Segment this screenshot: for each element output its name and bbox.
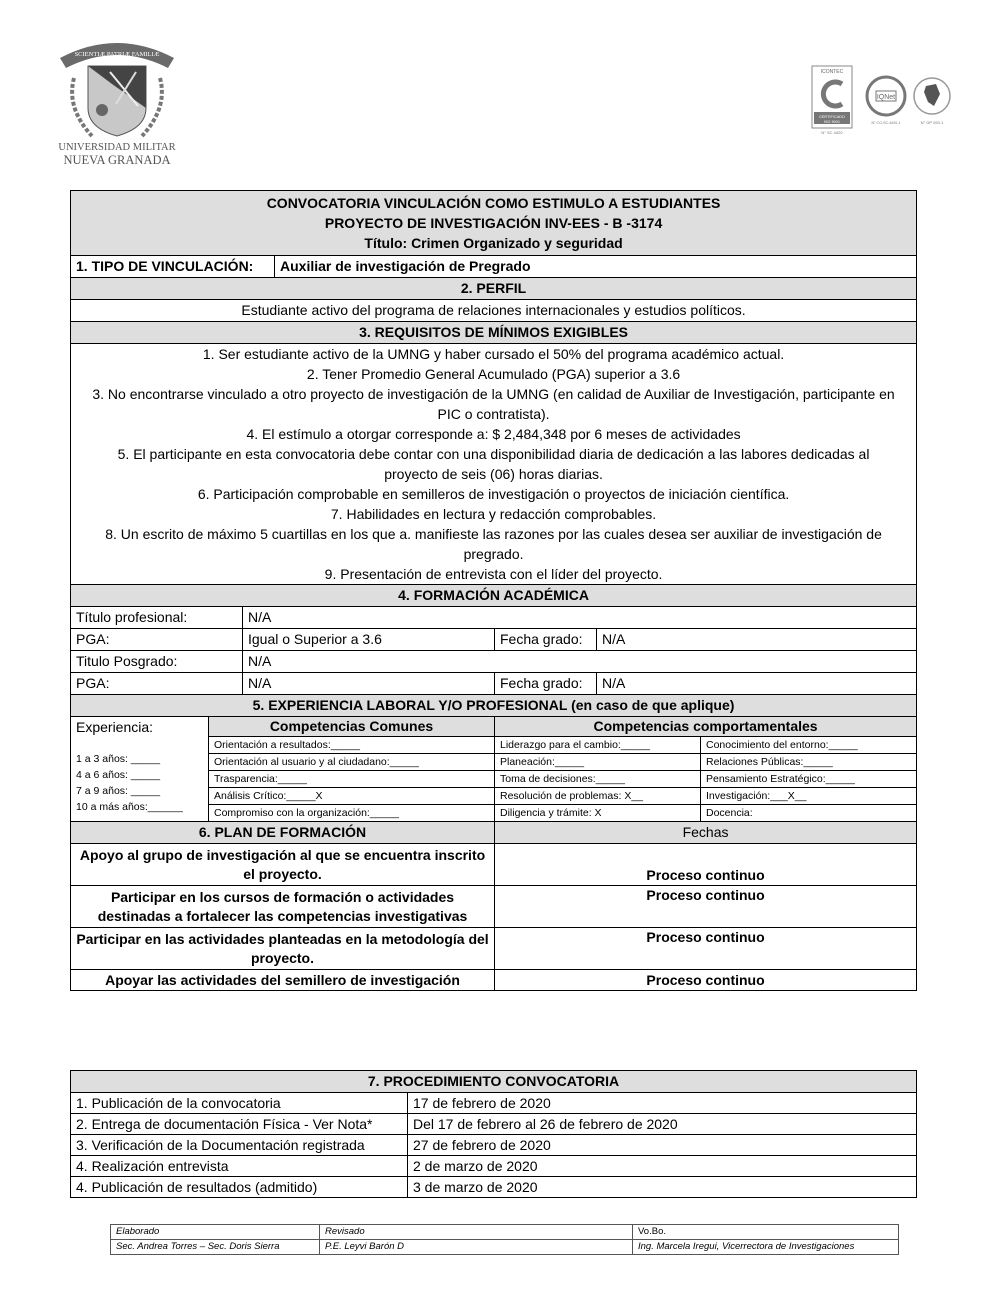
range-10-plus: 10 a más años:______ (76, 799, 203, 815)
elaborado-value: Sec. Andrea Torres – Sec. Doris Sierra (111, 1240, 320, 1255)
certification-seals: ICONTEC CERTIFICADO ISO 9001 N° SC 4420 … (808, 62, 956, 138)
header-subtitle: Título: Crimen Organizado y seguridad (76, 233, 911, 253)
competencia-item: Investigación:___X__ (701, 788, 917, 805)
competencia-item: Análisis Crítico:_____X (209, 788, 495, 805)
list-item: 6. Participación comprobable en semiller… (91, 484, 896, 504)
competencias-comportamentales-title: Competencias comportamentales (495, 717, 917, 737)
svg-text:IQNet: IQNet (877, 94, 895, 101)
table-row: Apoyar las actividades del semillero de … (71, 970, 917, 991)
competencia-item: Resolución de problemas: X__ (495, 788, 701, 805)
competencia-item: Pensamiento Estratégico:_____ (701, 771, 917, 788)
plan-activity: Participar en las actividades planteadas… (71, 928, 495, 970)
perfil-title: 2. PERFIL (71, 278, 917, 300)
competencia-item: Orientación a resultados:_____ (209, 737, 495, 754)
procedimiento-date: 3 de marzo de 2020 (408, 1177, 917, 1198)
procedimiento-step: 3. Verificación de la Documentación regi… (71, 1135, 408, 1156)
titulo-posgrado-value: N/A (243, 651, 917, 673)
table-row: Participar en los cursos de formación o … (71, 886, 917, 928)
table-row: 3. Verificación de la Documentación regi… (71, 1135, 917, 1156)
experiencia-ranges: Experiencia: 1 a 3 años: _____ 4 a 6 año… (71, 717, 209, 822)
requisitos-title: 3. REQUISITOS DE MÍNIMOS EXIGIBLES (71, 322, 917, 344)
range-1-3: 1 a 3 años: _____ (76, 751, 203, 767)
svg-text:SCIENTIÆ PATRIÆ FAMILIÆ: SCIENTIÆ PATRIÆ FAMILIÆ (75, 51, 160, 58)
list-item: 2. Tener Promedio General Acumulado (PGA… (91, 364, 896, 384)
titulo-profesional-label: Título profesional: (71, 607, 243, 629)
procedimiento-date: 2 de marzo de 2020 (408, 1156, 917, 1177)
competencia-item: Planeación:_____ (495, 754, 701, 771)
fechas-title: Fechas (495, 822, 917, 844)
svg-text:CERTIFICADO: CERTIFICADO (819, 115, 845, 119)
procedimiento-date: Del 17 de febrero al 26 de febrero de 20… (408, 1114, 917, 1135)
university-crest-icon: SCIENTIÆ PATRIÆ FAMILIÆ UNIVERSIDAD MILI… (52, 28, 182, 168)
plan-date: Proceso continuo (495, 886, 917, 928)
header-title: CONVOCATORIA VINCULACIÓN COMO ESTIMULO A… (76, 193, 911, 213)
plan-date: Proceso continuo (495, 970, 917, 991)
titulo-posgrado-label: Titulo Posgrado: (71, 651, 243, 673)
procedimiento-step: 4. Publicación de resultados (admitido) (71, 1177, 408, 1198)
titulo-profesional-value: N/A (243, 607, 917, 629)
competencia-item: Conocimiento del entorno:_____ (701, 737, 917, 754)
convocatoria-form: CONVOCATORIA VINCULACIÓN COMO ESTIMULO A… (70, 190, 917, 991)
procedimiento-table: 7. PROCEDIMIENTO CONVOCATORIA 1. Publica… (70, 1070, 917, 1198)
procedimiento-step: 1. Publicación de la convocatoria (71, 1093, 408, 1114)
range-4-6: 4 a 6 años: _____ (76, 767, 203, 783)
university-logo: SCIENTIÆ PATRIÆ FAMILIÆ UNIVERSIDAD MILI… (52, 28, 182, 168)
competencia-item: Docencia: (701, 805, 917, 822)
table-row: Apoyo al grupo de investigación al que s… (71, 844, 917, 886)
plan-activity: Apoyo al grupo de investigación al que s… (71, 844, 495, 886)
table-row: 4. Publicación de resultados (admitido) … (71, 1177, 917, 1198)
list-item: 7. Habilidades en lectura y redacción co… (91, 504, 896, 524)
procedimiento-title: 7. PROCEDIMIENTO CONVOCATORIA (71, 1071, 917, 1093)
colombia-gp-seal-icon: N° GP 093-1 (914, 78, 950, 125)
range-7-9: 7 a 9 años: _____ (76, 783, 203, 799)
plan-title: 6. PLAN DE FORMACIÓN (71, 822, 495, 844)
competencia-item: Liderazgo para el cambio:_____ (495, 737, 701, 754)
pga-label: PGA: (71, 629, 243, 651)
list-item: 8. Un escrito de máximo 5 cuartillas en … (91, 524, 896, 564)
experiencia-title: 5. EXPERIENCIA LABORAL Y/O PROFESIONAL (… (71, 695, 917, 717)
list-item: 4. El estímulo a otorgar corresponde a: … (91, 424, 896, 444)
tipo-label: 1. TIPO DE VINCULACIÓN: (71, 256, 275, 278)
form-header: CONVOCATORIA VINCULACIÓN COMO ESTIMULO A… (71, 191, 917, 256)
svg-text:N° SC 4420: N° SC 4420 (821, 130, 843, 135)
header-project: PROYECTO DE INVESTIGACIÓN INV-EES - B -3… (76, 213, 911, 233)
list-item: 5. El participante en esta convocatoria … (91, 444, 896, 484)
plan-activity: Participar en los cursos de formación o … (71, 886, 495, 928)
icontec-iso9001-seal-icon: ICONTEC CERTIFICADO ISO 9001 N° SC 4420 (812, 66, 852, 135)
procedimiento-date: 27 de febrero de 2020 (408, 1135, 917, 1156)
fecha-grado-label: Fecha grado: (495, 629, 597, 651)
iqnet-seal-icon: IQNet N° CO-SC-4420-1 (867, 77, 905, 125)
requisitos-list: 1. Ser estudiante activo de la UMNG y ha… (71, 344, 917, 585)
list-item: 9. Presentación de entrevista con el líd… (91, 564, 896, 584)
svg-text:ISO 9001: ISO 9001 (824, 120, 840, 124)
competencia-item: Compromiso con la organización:_____ (209, 805, 495, 822)
revisado-value: P.E. Leyvi Barón D (320, 1240, 633, 1255)
table-row: 4. Realización entrevista 2 de marzo de … (71, 1156, 917, 1177)
table-row: 1. Publicación de la convocatoria 17 de … (71, 1093, 917, 1114)
svg-text:NUEVA GRANADA: NUEVA GRANADA (63, 153, 170, 167)
vobo-label: Vo.Bo. (633, 1225, 899, 1240)
competencia-item: Orientación al usuario y al ciudadano:__… (209, 754, 495, 771)
procedimiento-step: 2. Entrega de documentación Física - Ver… (71, 1114, 408, 1135)
elaborado-label: Elaborado (111, 1225, 320, 1240)
perfil-text: Estudiante activo del programa de relaci… (71, 300, 917, 322)
list-item: 1. Ser estudiante activo de la UMNG y ha… (91, 344, 896, 364)
competencia-item: Diligencia y trámite: X (495, 805, 701, 822)
competencia-item: Trasparencia:_____ (209, 771, 495, 788)
svg-text:UNIVERSIDAD MILITAR: UNIVERSIDAD MILITAR (58, 142, 175, 153)
table-row: Participar en las actividades planteadas… (71, 928, 917, 970)
approval-footer: Elaborado Revisado Vo.Bo. Sec. Andrea To… (110, 1224, 899, 1255)
plan-date: Proceso continuo (495, 844, 917, 886)
competencia-item: Toma de decisiones:_____ (495, 771, 701, 788)
fecha-grado-posgrado-label: Fecha grado: (495, 673, 597, 695)
tipo-value: Auxiliar de investigación de Pregrado (275, 256, 917, 278)
competencias-comunes-title: Competencias Comunes (209, 717, 495, 737)
fecha-grado-value: N/A (597, 629, 917, 651)
plan-activity: Apoyar las actividades del semillero de … (71, 970, 495, 991)
plan-date: Proceso continuo (495, 928, 917, 970)
pga-value: Igual o Superior a 3.6 (243, 629, 495, 651)
svg-text:N° GP 093-1: N° GP 093-1 (921, 120, 944, 125)
procedimiento-date: 17 de febrero de 2020 (408, 1093, 917, 1114)
fecha-grado-posgrado-value: N/A (597, 673, 917, 695)
pga-posgrado-value: N/A (243, 673, 495, 695)
svg-text:N° CO-SC-4420-1: N° CO-SC-4420-1 (872, 121, 901, 125)
competencia-item: Relaciones Públicas:_____ (701, 754, 917, 771)
table-row: 2. Entrega de documentación Física - Ver… (71, 1114, 917, 1135)
list-item: 3. No encontrarse vinculado a otro proye… (91, 384, 896, 424)
formacion-title: 4. FORMACIÓN ACADÉMICA (71, 585, 917, 607)
vobo-value: Ing. Marcela Iregui, Vicerrectora de Inv… (633, 1240, 899, 1255)
svg-text:ICONTEC: ICONTEC (821, 69, 844, 75)
experiencia-label: Experiencia: (76, 717, 203, 737)
pga-posgrado-label: PGA: (71, 673, 243, 695)
procedimiento-step: 4. Realización entrevista (71, 1156, 408, 1177)
revisado-label: Revisado (320, 1225, 633, 1240)
